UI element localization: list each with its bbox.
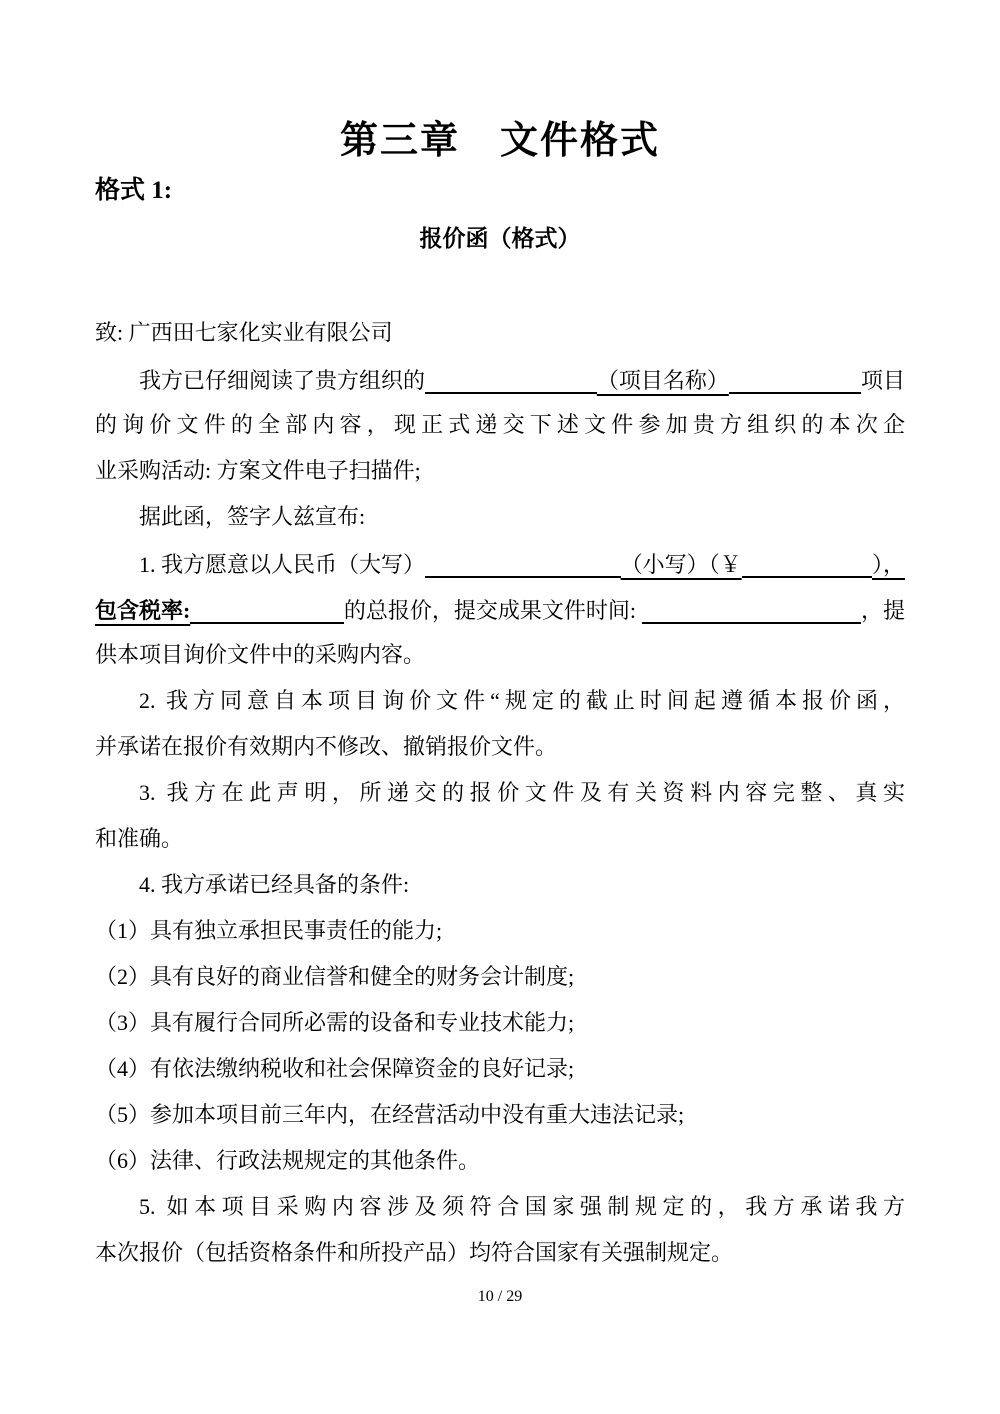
document-line: （2）具有良好的商业信誉和健全的财务会计制度; bbox=[95, 954, 905, 1000]
text-segment: 项目 bbox=[861, 358, 905, 404]
blank-field bbox=[425, 546, 621, 578]
text-segment: （项目名称） bbox=[597, 358, 729, 404]
text-segment: 2. 我方同意自本项目询价文件“规定的截止时间起遵循本报价函， bbox=[139, 688, 905, 713]
text-segment: （4）有依法缴纳税收和社会保障资金的良好记录; bbox=[95, 1056, 574, 1081]
document-line: 2. 我方同意自本项目询价文件“规定的截止时间起遵循本报价函， bbox=[95, 678, 905, 724]
text-segment: 致: 广西田七家化实业有限公司 bbox=[95, 320, 393, 345]
document-line: 5. 如本项目采购内容涉及须符合国家强制规定的，我方承诺我方 bbox=[95, 1184, 905, 1230]
text-segment: （2）具有良好的商业信誉和健全的财务会计制度; bbox=[95, 964, 574, 989]
text-segment: （6）法律、行政法规规定的其他条件。 bbox=[95, 1148, 480, 1173]
document-line: 4. 我方承诺已经具备的条件: bbox=[95, 862, 905, 908]
sub-title: 报价函（格式） bbox=[95, 220, 905, 258]
text-segment: 供本项目询价文件中的采购内容。 bbox=[95, 642, 425, 667]
document-line: 1. 我方愿意以人民币（大写）（小写）（￥）， bbox=[95, 540, 905, 586]
document-line: 包含税率:的总报价，提交成果文件时间: ，提 bbox=[95, 586, 905, 632]
text-segment: 和准确。 bbox=[95, 826, 183, 851]
text-segment: 本次报价（包括资格条件和所投产品）均符合国家有关强制规定。 bbox=[95, 1240, 733, 1265]
document-line: 本次报价（包括资格条件和所投产品）均符合国家有关强制规定。 bbox=[95, 1230, 905, 1276]
document-line: （4）有依法缴纳税收和社会保障资金的良好记录; bbox=[95, 1046, 905, 1092]
text-segment: （3）具有履行合同所必需的设备和专业技术能力; bbox=[95, 1010, 574, 1035]
text-segment: ）， bbox=[872, 542, 905, 588]
text-segment: 包含税率: bbox=[95, 588, 190, 634]
blank-field bbox=[642, 592, 861, 624]
document-line: 据此函，签字人兹宣布: bbox=[95, 494, 905, 540]
text-segment: 业采购活动: 方案文件电子扫描件; bbox=[95, 458, 421, 483]
text-segment: 并承诺在报价有效期内不修改、撤销报价文件。 bbox=[95, 734, 557, 759]
text-segment: 据此函，签字人兹宣布: bbox=[139, 504, 365, 529]
document-page: 第三章 文件格式 格式 1: 报价函（格式） 致: 广西田七家化实业有限公司我方… bbox=[0, 0, 1000, 1414]
text-segment: 4. 我方承诺已经具备的条件: bbox=[139, 872, 409, 897]
format-label: 格式 1: bbox=[95, 172, 905, 210]
page-number: 10 / 29 bbox=[95, 1286, 905, 1308]
document-line: （3）具有履行合同所必需的设备和专业技术能力; bbox=[95, 1000, 905, 1046]
text-segment: 3. 我方在此声明，所递交的报价文件及有关资料内容完整、真实 bbox=[139, 780, 905, 805]
text-segment: 1. 我方愿意以人民币（大写） bbox=[139, 542, 425, 588]
document-line: 并承诺在报价有效期内不修改、撤销报价文件。 bbox=[95, 724, 905, 770]
document-body: 致: 广西田七家化实业有限公司我方已仔细阅读了贵方组织的（项目名称）项目的询价文… bbox=[95, 310, 905, 1276]
text-segment: ，提 bbox=[861, 588, 905, 634]
text-segment: 我方已仔细阅读了贵方组织的 bbox=[139, 358, 425, 404]
blank-field bbox=[742, 546, 872, 578]
document-line: （1）具有独立承担民事责任的能力; bbox=[95, 908, 905, 954]
text-segment: 的总报价，提交成果文件时间: bbox=[344, 588, 642, 634]
document-line: 的询价文件的全部内容，现正式递交下述文件参加贵方组织的本次企 bbox=[95, 402, 905, 448]
text-segment: （5）参加本项目前三年内，在经营活动中没有重大违法记录; bbox=[95, 1102, 684, 1127]
document-line: （6）法律、行政法规规定的其他条件。 bbox=[95, 1138, 905, 1184]
text-segment: （小写）（￥ bbox=[621, 542, 742, 588]
chapter-title: 第三章 文件格式 bbox=[95, 116, 905, 166]
document-line: （5）参加本项目前三年内，在经营活动中没有重大违法记录; bbox=[95, 1092, 905, 1138]
text-segment: 5. 如本项目采购内容涉及须符合国家强制规定的，我方承诺我方 bbox=[139, 1194, 905, 1219]
document-line: 我方已仔细阅读了贵方组织的（项目名称）项目 bbox=[95, 356, 905, 402]
text-segment: （1）具有独立承担民事责任的能力; bbox=[95, 918, 442, 943]
document-line: 和准确。 bbox=[95, 816, 905, 862]
document-line: 致: 广西田七家化实业有限公司 bbox=[95, 310, 905, 356]
text-segment: 的询价文件的全部内容，现正式递交下述文件参加贵方组织的本次企 bbox=[95, 412, 905, 437]
document-line: 3. 我方在此声明，所递交的报价文件及有关资料内容完整、真实 bbox=[95, 770, 905, 816]
document-line: 供本项目询价文件中的采购内容。 bbox=[95, 632, 905, 678]
blank-field bbox=[729, 362, 861, 394]
blank-field bbox=[425, 362, 597, 394]
document-line: 业采购活动: 方案文件电子扫描件; bbox=[95, 448, 905, 494]
blank-field bbox=[190, 592, 344, 624]
